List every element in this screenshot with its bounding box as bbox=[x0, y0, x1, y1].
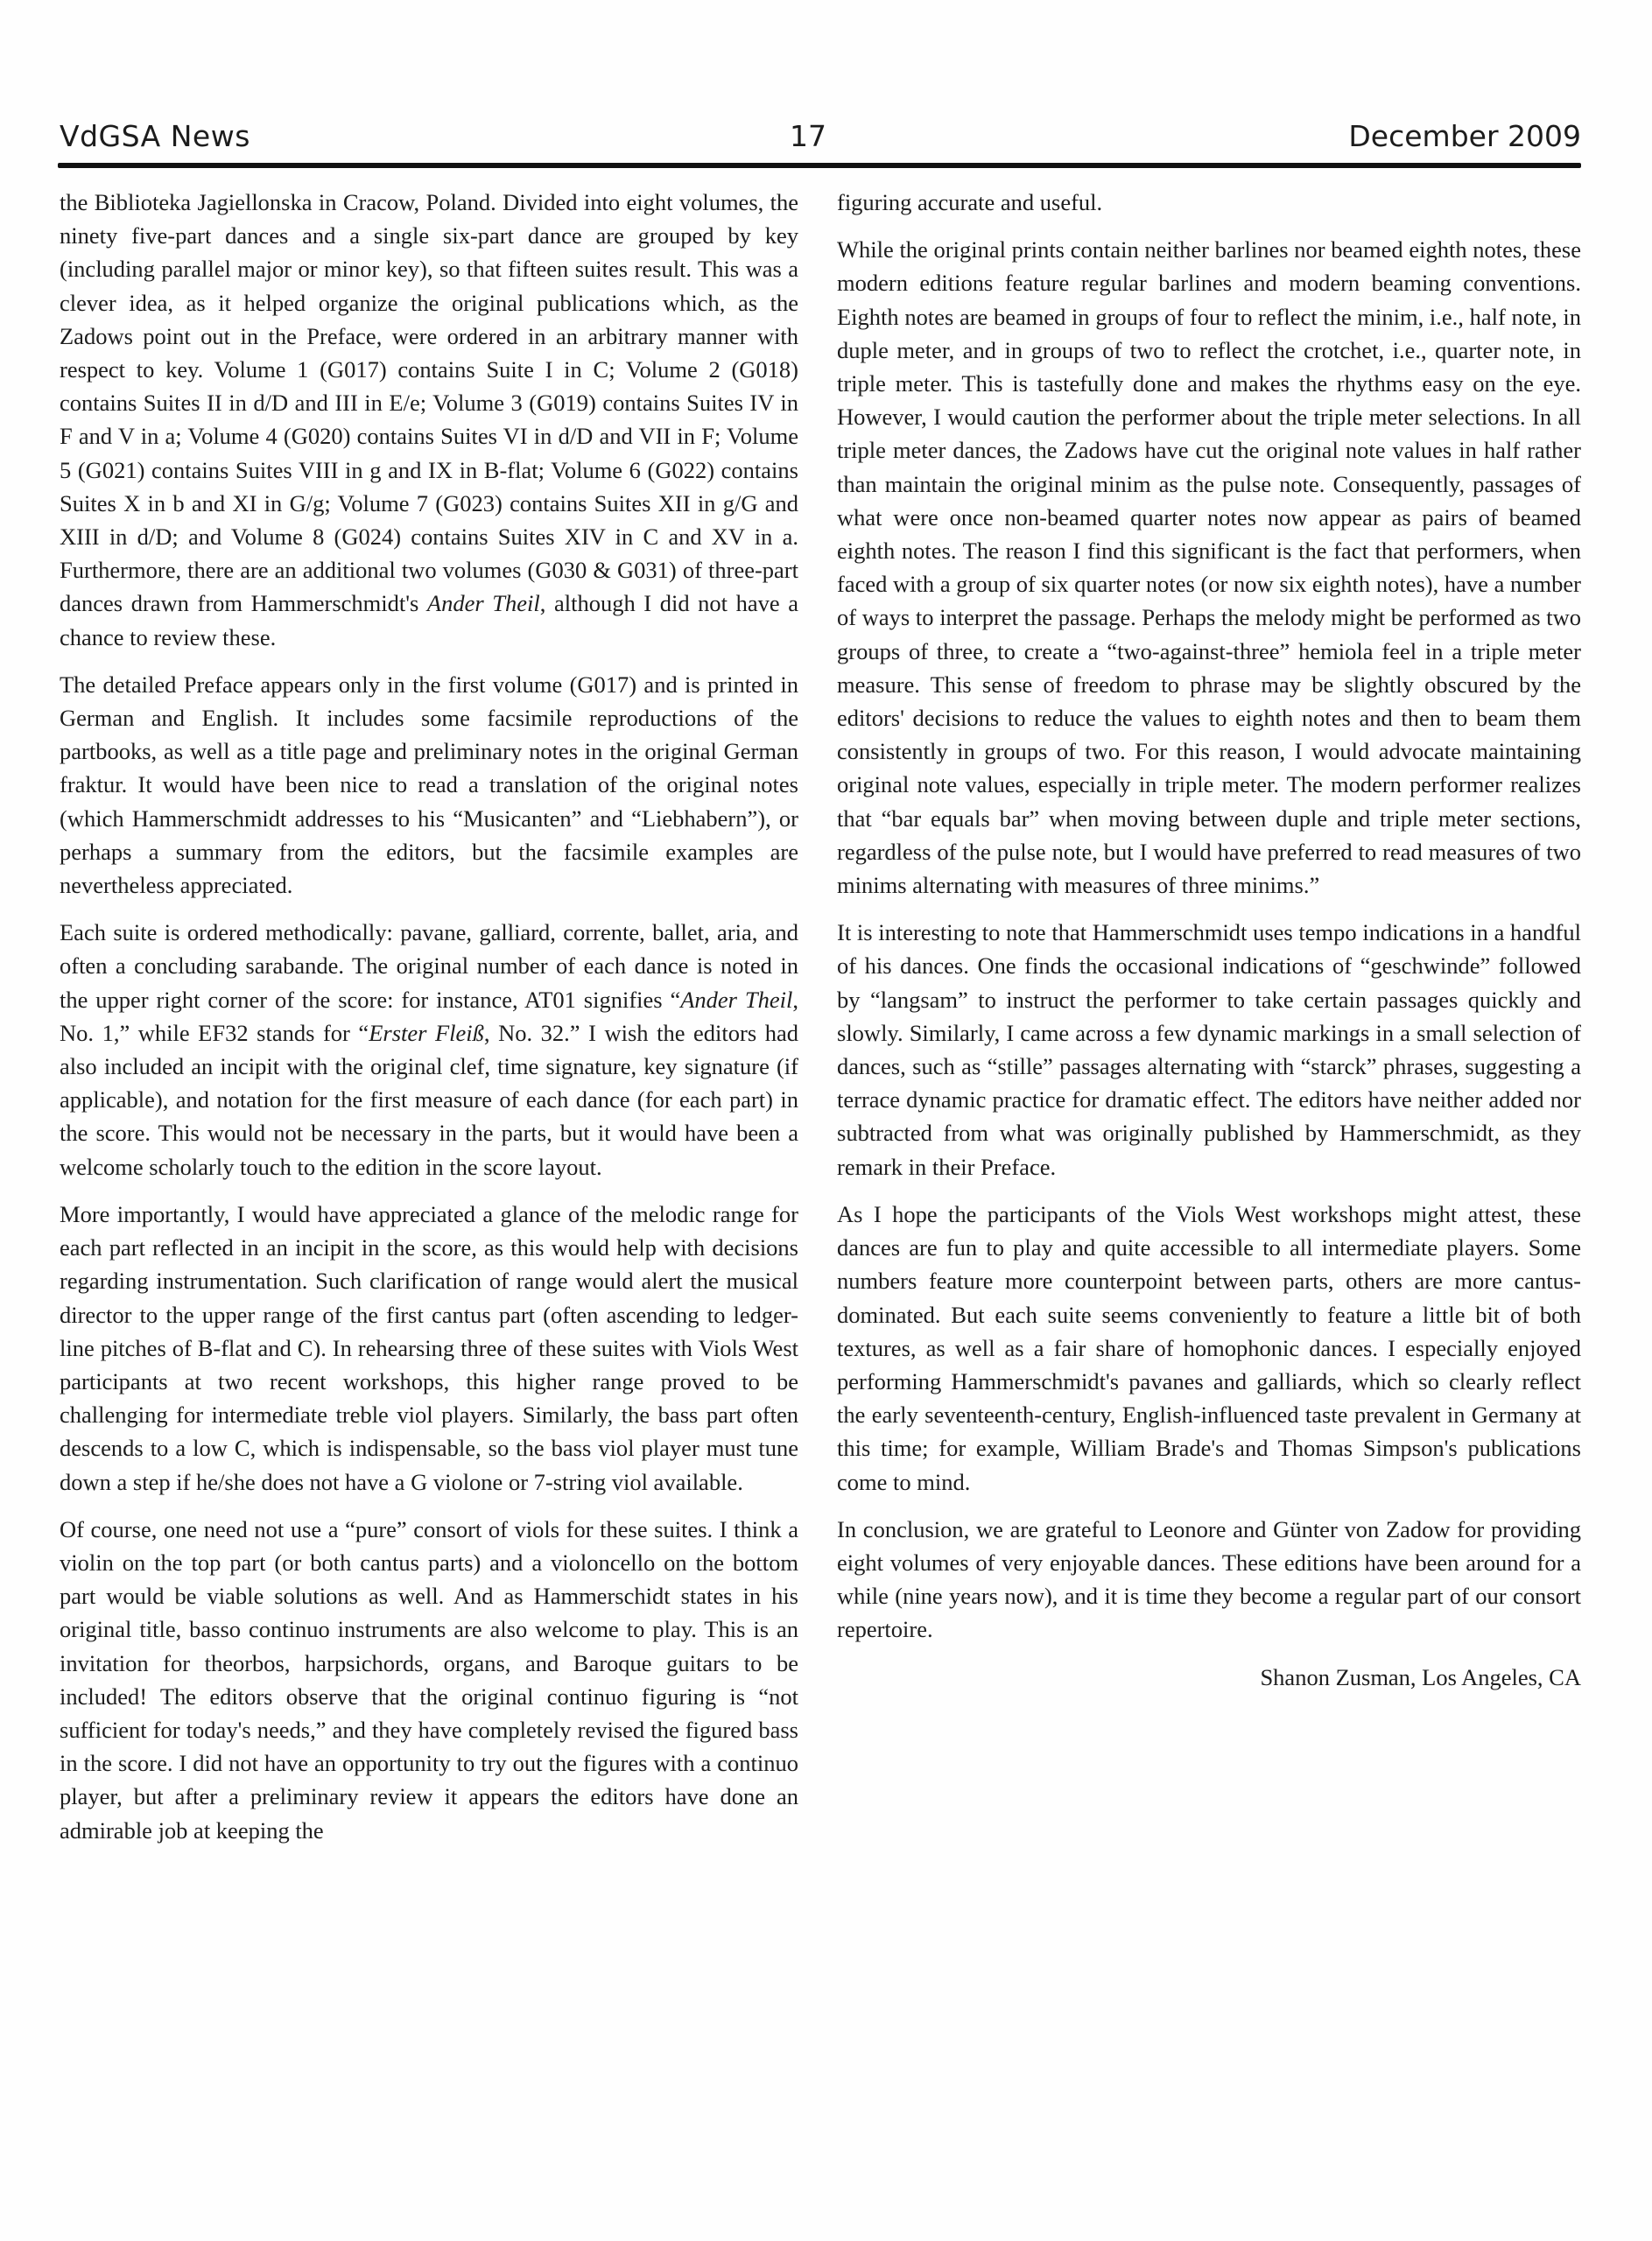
paragraph: Of course, one need not use a “pure” con… bbox=[60, 1513, 798, 1847]
header-rule bbox=[58, 163, 1581, 168]
paragraph: the Biblioteka Jagiellonska in Cracow, P… bbox=[60, 186, 798, 654]
paragraph: figuring accurate and useful. bbox=[837, 186, 1581, 219]
left-column: the Biblioteka Jagiellonska in Cracow, P… bbox=[60, 186, 798, 1847]
newsletter-page: VdGSA News 17 December 2009 the Bibliote… bbox=[0, 0, 1652, 2241]
paragraph: Each suite is ordered methodically: pava… bbox=[60, 916, 798, 1184]
page-number: 17 bbox=[790, 119, 826, 153]
paragraph: As I hope the participants of the Viols … bbox=[837, 1198, 1581, 1499]
right-column: figuring accurate and useful. While the … bbox=[837, 186, 1581, 1694]
paragraph: The detailed Preface appears only in the… bbox=[60, 668, 798, 902]
issue-date: December 2009 bbox=[1348, 119, 1581, 153]
paragraph: While the original prints contain neithe… bbox=[837, 233, 1581, 902]
paragraph: In conclusion, we are grateful to Leonor… bbox=[837, 1513, 1581, 1647]
author-signature: Shanon Zusman, Los Angeles, CA bbox=[837, 1661, 1581, 1694]
paragraph: More importantly, I would have appreciat… bbox=[60, 1198, 798, 1499]
page-header: VdGSA News 17 December 2009 bbox=[58, 112, 1581, 161]
publication-title: VdGSA News bbox=[60, 119, 250, 153]
paragraph: It is interesting to note that Hammersch… bbox=[837, 916, 1581, 1184]
